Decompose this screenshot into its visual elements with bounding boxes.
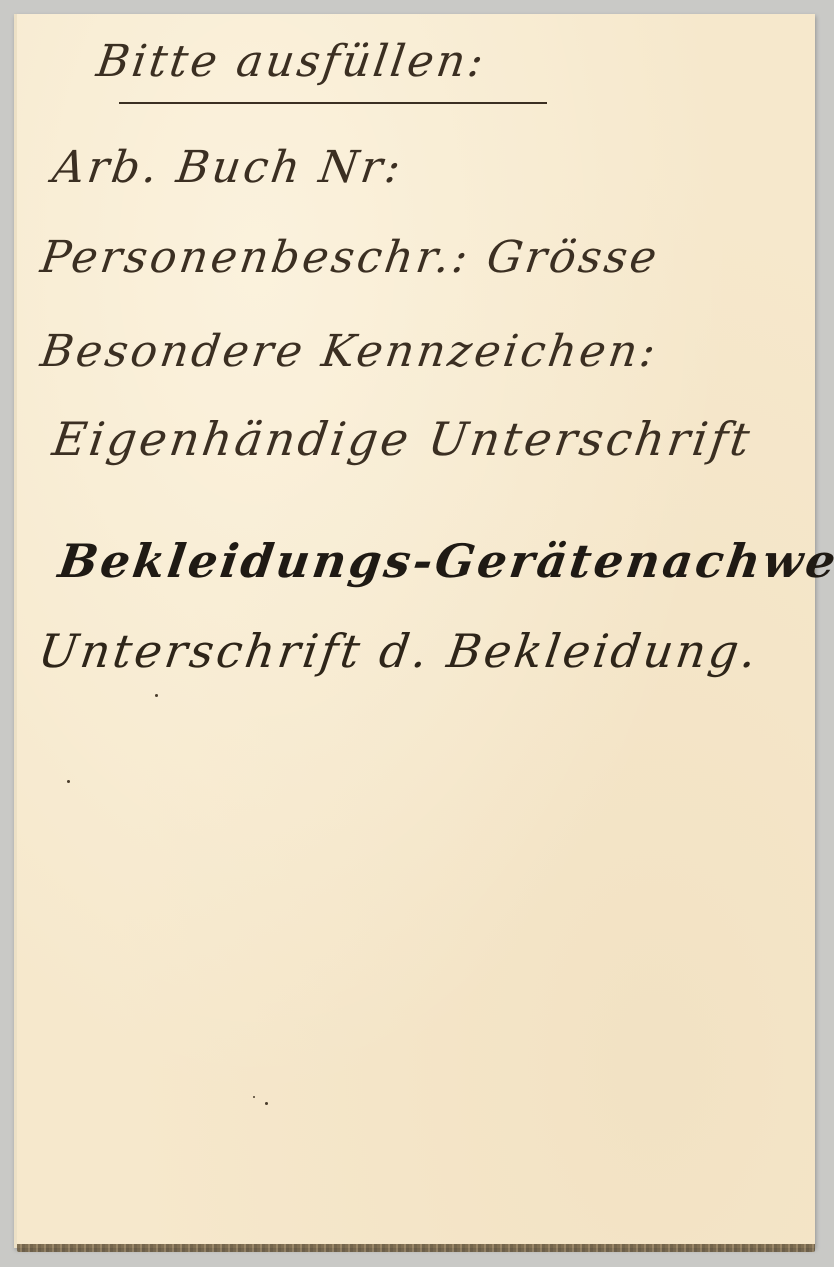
field-clothing-equipment-record: Bekleidungs-Gerätenachweis [55,534,834,588]
ink-speck [155,694,158,697]
field-work-book-number: Arb. Buch Nr: [49,142,406,193]
ink-speck [265,1102,268,1105]
field-personal-description-height: Personenbeschr.: Grösse [37,232,662,283]
card-title: Bitte ausfüllen: [93,36,489,87]
field-own-signature: Eigenhändige Unterschrift [49,412,756,466]
field-special-marks: Besondere Kennzeichen: [37,326,661,377]
paper-card: Bitte ausfüllen: Arb. Buch Nr: Personenb… [14,14,815,1248]
title-underline [119,102,547,104]
ink-speck [67,780,70,783]
ink-speck [253,1096,255,1098]
field-clothing-signature: Unterschrift d. Bekleidung. [35,624,763,678]
